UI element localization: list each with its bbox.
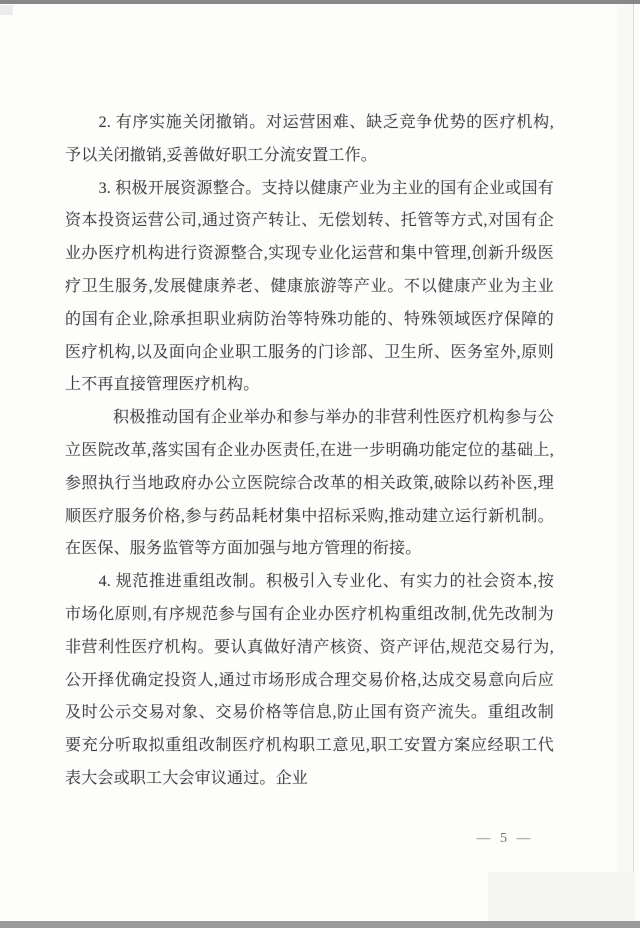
scan-strip-right: [617, 4, 633, 921]
scan-shadow-bottom-right: [488, 872, 635, 921]
paragraph-nonprofit-hospital-reform: 积极推动国有企业举办和参与举办的非营利性医疗机构参与公立医院改革,落实国有企业办…: [65, 402, 554, 566]
scan-edge-top: [0, 0, 640, 4]
scan-line-right: [633, 4, 634, 921]
paragraph-item-4-restructuring: 4. 规范推进重组改制。积极引入专业化、有实力的社会资本,按市场化原则,有序规范…: [65, 566, 554, 796]
page-number: — 5 —: [440, 829, 570, 849]
document-text-block: 2. 有序实施关闭撤销。对运营困难、缺乏竞争优势的医疗机构,予以关闭撤销,妥善做…: [65, 107, 554, 796]
paragraph-item-3-resource-integration: 3. 积极开展资源整合。支持以健康产业为主业的国有企业或国有资本投资运营公司,通…: [65, 173, 554, 403]
scanned-document-page: { "document": { "paragraphs": [ { "text"…: [0, 0, 640, 928]
scan-artifact-top-left: [0, 5, 13, 15]
scan-edge-bottom: [0, 921, 640, 928]
paragraph-item-2-close-and-revoke: 2. 有序实施关闭撤销。对运营困难、缺乏竞争优势的医疗机构,予以关闭撤销,妥善做…: [65, 107, 554, 173]
